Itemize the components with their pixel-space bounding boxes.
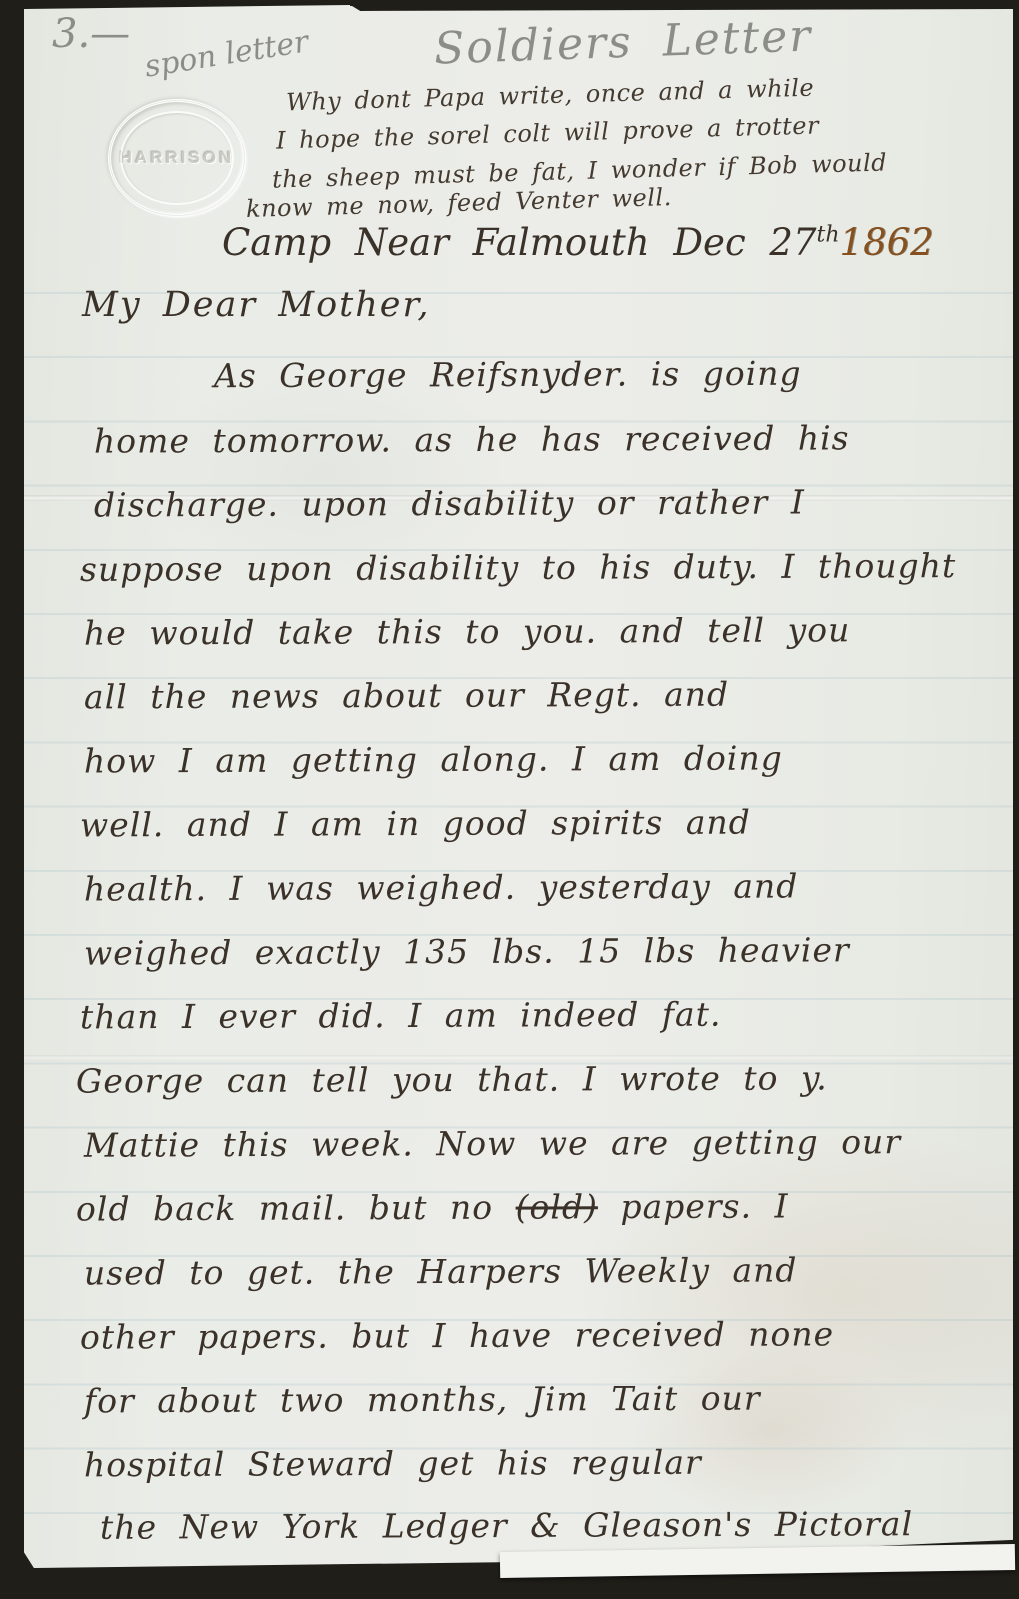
scan-background: { "letter": { "pencil": { "number": "3.—… <box>0 0 1019 1599</box>
salutation: My Dear Mother, <box>82 285 430 325</box>
letter-page: 3.— spon letter Soldiers Letter HARRISON… <box>24 3 1013 1568</box>
body-line-14-pre: old back mail. but no <box>76 1188 516 1229</box>
body-line-7: how I am getting along. I am doing <box>84 738 783 780</box>
body-line-14-post: papers. I <box>598 1186 789 1226</box>
body-line-3: discharge. upon disability or rather I <box>94 482 805 524</box>
body-line-2: home tomorrow. as he has received his <box>94 418 850 460</box>
body-line-12: George can tell you that. I wrote to y. <box>76 1058 828 1100</box>
head-note-line-1: Why dont Papa write, once and a while <box>286 74 815 117</box>
body-line-17: for about two months, Jim Tait our <box>84 1379 761 1421</box>
dateline-ordinal: th <box>817 223 840 248</box>
dateline-place-day: Camp Near Falmouth Dec 27 <box>222 221 817 264</box>
body-line-16: other papers. but I have received none <box>80 1314 834 1356</box>
body-line-15: used to get. the Harpers Weekly and <box>84 1250 798 1292</box>
struck-word: (old) <box>516 1187 598 1226</box>
soldiers-letter-title: Soldiers Letter <box>433 10 813 74</box>
body-line-13: Mattie this week. Now we are getting our <box>84 1122 901 1165</box>
body-line-6: all the news about our Regt. and <box>84 675 729 717</box>
harrison-embossed-stamp: HARRISON <box>108 99 246 217</box>
body-line-5: he would take this to you. and tell you <box>84 610 850 652</box>
dateline-year: 1862 <box>840 221 934 264</box>
body-line-10: weighed exactly 135 lbs. 15 lbs heavier <box>84 930 850 972</box>
scanner-bed-edge <box>350 0 1019 6</box>
dateline: Camp Near Falmouth Dec 27th1862 <box>222 221 934 264</box>
body-line-1: As George Reifsnyder. is going <box>214 354 802 396</box>
body-line-14: old back mail. but no (old) papers. I <box>76 1186 789 1228</box>
body-line-4: suppose upon disability to his duty. I t… <box>80 546 956 589</box>
body-line-9: health. I was weighed. yesterday and <box>84 866 799 908</box>
stamp-text: HARRISON <box>120 148 235 168</box>
head-note-line-2: I hope the sorel colt will prove a trott… <box>276 111 820 154</box>
body-line-18: hospital Steward get his regular <box>84 1443 702 1485</box>
body-line-11: than I ever did. I am indeed fat. <box>80 995 722 1037</box>
pencil-number: 3.— <box>52 11 130 57</box>
body-line-19: the New York Ledger & Gleason's Pictoral <box>100 1504 913 1547</box>
body-line-8: well. and I am in good spirits and <box>80 803 751 845</box>
pencil-note: spon letter <box>142 24 311 84</box>
